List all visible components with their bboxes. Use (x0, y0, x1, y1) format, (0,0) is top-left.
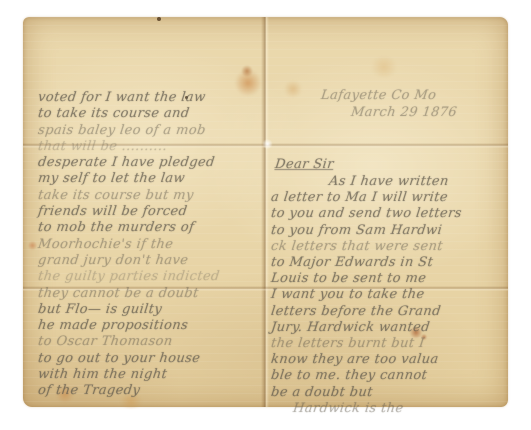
handwritten-line: to Major Edwards in St (270, 255, 517, 271)
handwritten-line: the guilty parties indicted (37, 269, 274, 285)
handwritten-line: letters before the Grand (270, 304, 517, 320)
handwritten-line: to take its course and (37, 106, 274, 122)
handwritten-line: the letters burnt but I (270, 336, 517, 352)
handwritten-line: to Oscar Thomason (37, 334, 274, 350)
handwritten-line: Dear Sir (274, 157, 335, 173)
handwritten-line: take its course but my (37, 188, 274, 204)
letter-photo: voted for I want the law to take its cou… (0, 0, 531, 430)
handwritten-line: to you from Sam Hardwi (270, 223, 517, 239)
handwritten-line: my self to let the law (37, 171, 274, 187)
handwritten-line: know they are too valua (270, 352, 517, 368)
letter-heading: Lafayette Co Mo March 29 1876 (321, 87, 501, 121)
letter-sheet: voted for I want the law to take its cou… (23, 17, 508, 407)
stain (369, 57, 399, 77)
handwritten-line: desperate I have pledged (37, 155, 274, 171)
letter-page-right: As I have written a letter to Ma I will … (271, 174, 516, 417)
handwritten-line: I want you to take the (270, 287, 517, 303)
speck (157, 17, 161, 21)
handwritten-line: spais baley leo of a mob (37, 123, 274, 139)
handwritten-line: As I have written (270, 174, 517, 190)
handwritten-line: to go out to your house (37, 351, 274, 367)
handwritten-line: to mob the murders of (37, 220, 274, 236)
handwritten-line: voted for I want the law (37, 90, 274, 106)
handwritten-line: that will be .......... (37, 139, 274, 155)
handwritten-line: Hardwick is the (270, 401, 517, 417)
letter-page-left: voted for I want the law to take its cou… (38, 90, 273, 400)
handwritten-line: but Flo— is guilty (37, 302, 274, 318)
handwritten-line: be a doubt but (270, 385, 517, 401)
stain (241, 65, 253, 77)
handwritten-line: he made propositions (37, 318, 274, 334)
handwritten-line: they cannot be a doubt (37, 286, 274, 302)
handwritten-line: Moorhochie's if the (37, 237, 274, 253)
stain (28, 241, 37, 250)
stain (283, 81, 303, 97)
handwritten-line: ck letters that were sent (270, 239, 517, 255)
handwritten-line: Jury. Hardwick wanted (270, 320, 517, 336)
handwritten-line: friends will be forced (37, 204, 274, 220)
heading-date: March 29 1876 (320, 104, 502, 121)
heading-place: Lafayette Co Mo (320, 87, 502, 104)
handwritten-line: of the Tragedy (37, 383, 274, 399)
handwritten-line: to you and send two letters (270, 206, 517, 222)
letter-salutation: Dear Sir (275, 157, 334, 173)
handwritten-line: with him the night (37, 367, 274, 383)
handwritten-line: a letter to Ma I will write (270, 190, 517, 206)
handwritten-line: ble to me. they cannot (270, 368, 517, 384)
handwritten-line: grand jury don't have (37, 253, 274, 269)
handwritten-line: Louis to be sent to me (270, 271, 517, 287)
